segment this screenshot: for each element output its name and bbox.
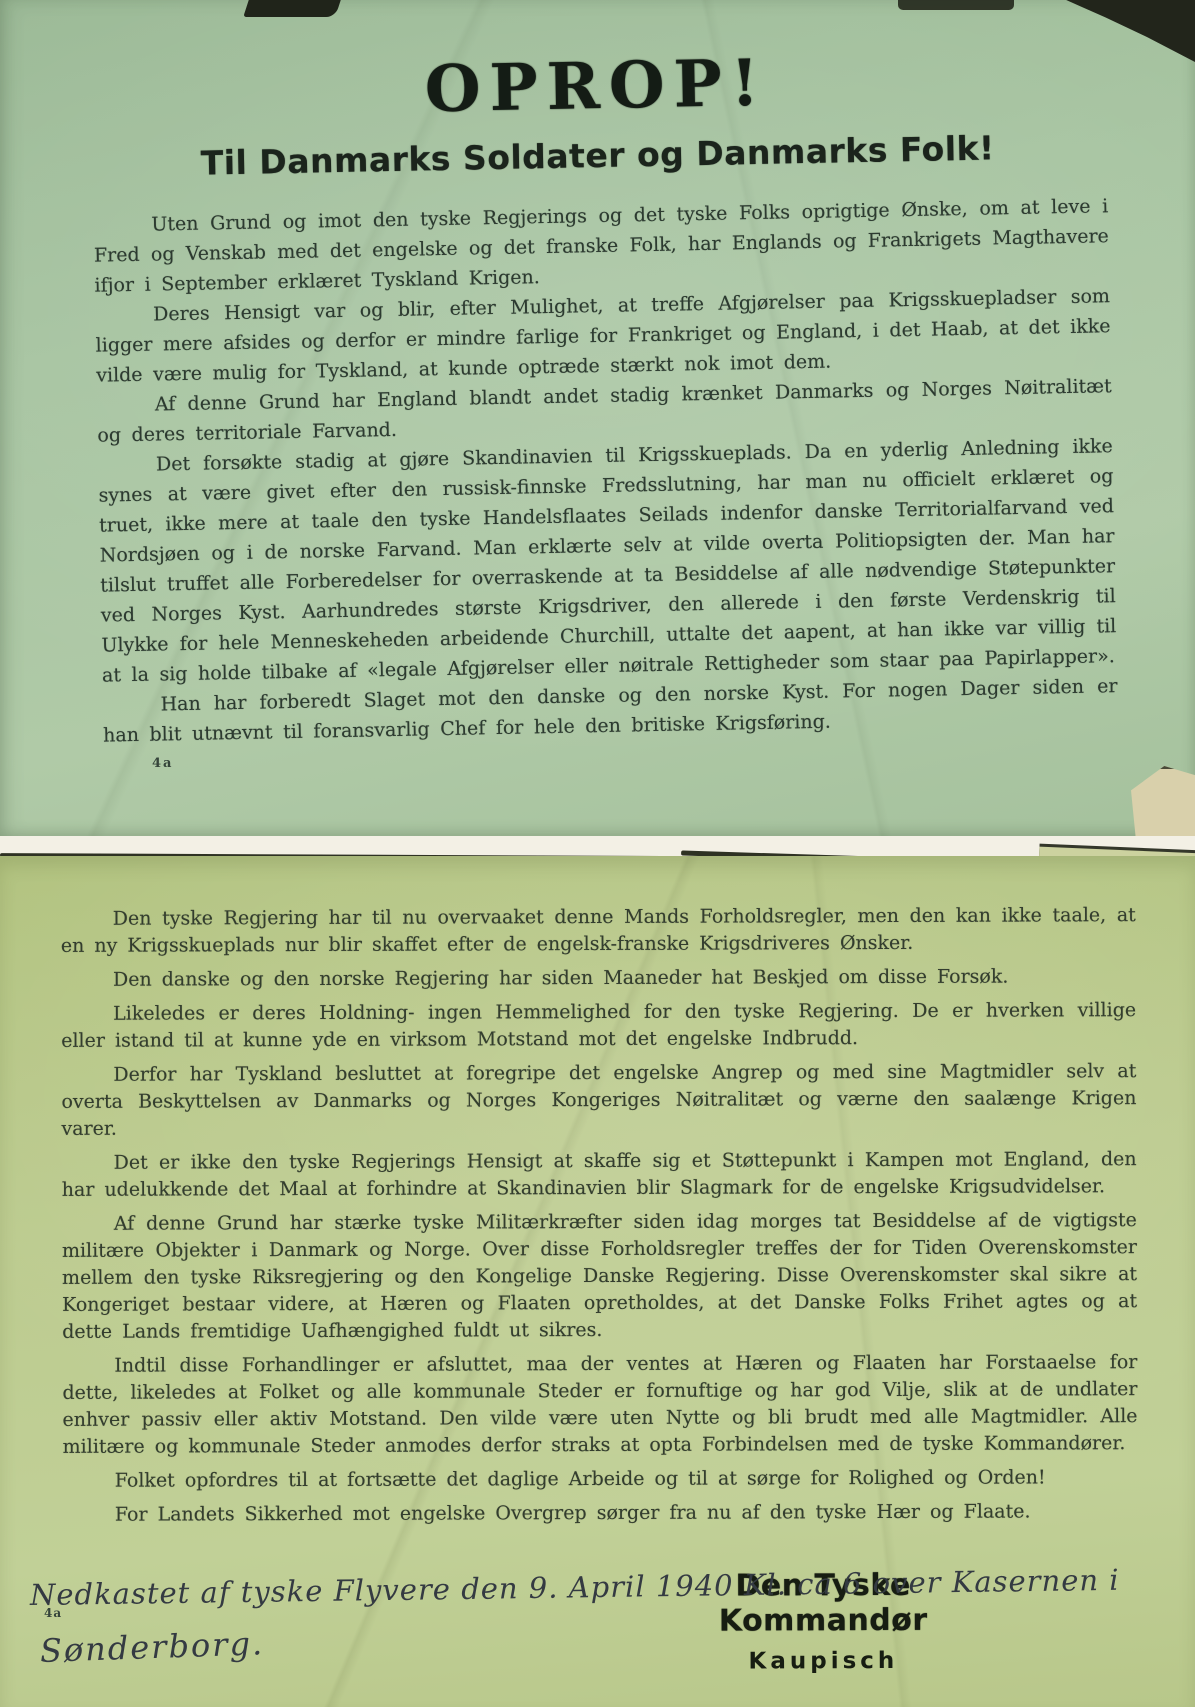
page1-print-marker: 4a [152, 756, 173, 771]
paragraph: Folket opfordres til at fortsætte det da… [63, 1464, 1138, 1495]
leaflet-subtitle: Til Danmarks Soldater og Danmarks Folk! [0, 125, 1195, 187]
leaflet-page-1: OPROP! Til Danmarks Soldater og Danmarks… [0, 0, 1195, 840]
paragraph: For Landets Sikkerhed mot engelske Overg… [63, 1498, 1138, 1529]
paragraph: Den danske og den norske Regjering har s… [61, 963, 1136, 994]
page1-body-text: Uten Grund og imot den tyske Regjerings … [93, 192, 1118, 751]
paragraph: Det forsøkte stadig at gjøre Skandinavie… [98, 432, 1117, 691]
signature-name: Kaupisch [648, 1648, 998, 1675]
paragraph: Likeledes er deres Holdning- ingen Hemme… [61, 997, 1136, 1055]
torn-edge-top-left [243, 0, 341, 17]
page2-content: Den tyske Regjering har til nu overvaake… [0, 854, 1195, 1677]
scanned-leaflet-oprop: OPROP! Til Danmarks Soldater og Danmarks… [0, 0, 1195, 1707]
leaflet-title: OPROP! [0, 41, 1194, 134]
page2-print-marker: 4a [44, 1606, 62, 1620]
torn-edge-top-middle [898, 0, 1014, 10]
paragraph: Derfor har Tyskland besluttet at foregri… [61, 1058, 1136, 1143]
paragraph: Indtil disse Forhandlinger er afsluttet,… [62, 1349, 1137, 1461]
page1-content: OPROP! Til Danmarks Soldater og Danmarks… [0, 0, 1195, 753]
paragraph: Det er ikke den tyske Regjerings Hensigt… [62, 1146, 1137, 1204]
page2-body-text: Den tyske Regjering har til nu overvaake… [61, 902, 1138, 1529]
paragraph: Den tyske Regjering har til nu overvaake… [61, 902, 1136, 960]
paragraph: Af denne Grund har stærke tyske Militærk… [62, 1207, 1137, 1346]
handwritten-note-line2: Sønderborg. [39, 1624, 264, 1670]
